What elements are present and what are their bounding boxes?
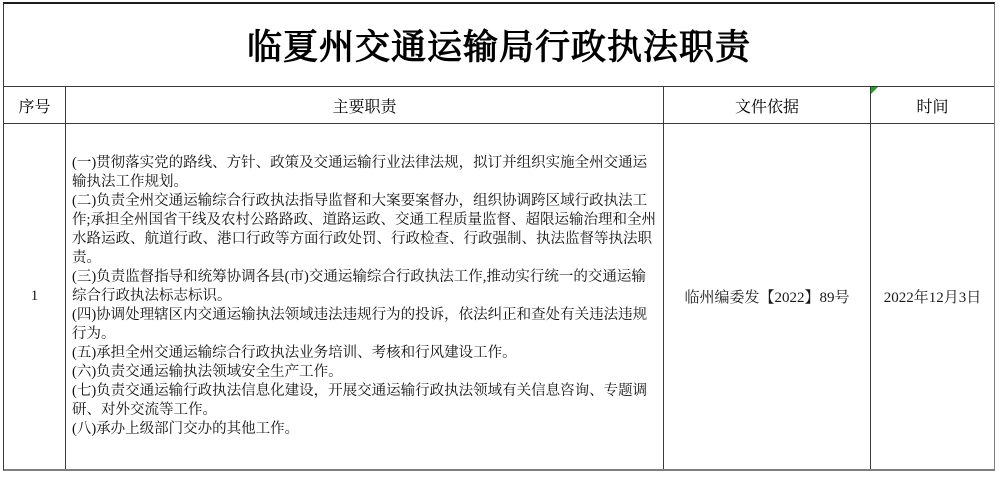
header-time: 时间: [871, 87, 994, 123]
header-duties: 主要职责: [66, 87, 664, 123]
duty-item-2: (二)负责全州交通运输综合行政执法指导监督和大案要案督办，组织协调跨区域行政执法…: [72, 192, 657, 268]
row-time-value: 2022年12月3日: [871, 124, 994, 469]
duty-item-8: (八)承办上级部门交办的其他工作。: [72, 420, 657, 439]
document-title: 临夏州交通运输局行政执法职责: [4, 4, 994, 86]
header-time-label: 时间: [916, 94, 948, 117]
duty-item-3: (三)负责监督指导和统筹协调各县(市)交通运输综合行政执法工作,推动实行统一的交…: [72, 268, 657, 306]
cell-flag-icon: [871, 87, 878, 94]
duty-item-1: (一)贯彻落实党的路线、方针、政策及交通运输行业法律法规，拟订并组织实施全州交通…: [72, 154, 657, 192]
row-index-value: 1: [4, 124, 66, 469]
table-row: 1 (一)贯彻落实党的路线、方针、政策及交通运输行业法律法规，拟订并组织实施全州…: [4, 123, 994, 469]
row-basis-value: 临州编委发【2022】89号: [664, 124, 871, 469]
header-index: 序号: [4, 87, 66, 123]
table-header-row: 序号 主要职责 文件依据 时间: [4, 86, 994, 123]
duty-item-5: (五)承担全州交通运输综合行政执法业务培训、考核和行风建设工作。: [72, 344, 657, 363]
duty-item-7: (七)负责交通运输行政执法信息化建设，开展交通运输行政执法领域有关信息咨询、专题…: [72, 382, 657, 420]
row-duties-cell: (一)贯彻落实党的路线、方针、政策及交通运输行业法律法规，拟订并组织实施全州交通…: [66, 124, 664, 469]
duty-item-6: (六)负责交通运输执法领域安全生产工作。: [72, 363, 657, 382]
responsibilities-table: 临夏州交通运输局行政执法职责 序号 主要职责 文件依据 时间 1 (一)贯彻落实…: [3, 2, 995, 471]
header-basis: 文件依据: [664, 87, 871, 123]
duty-item-4: (四)协调处理辖区内交通运输执法领域违法违规行为的投诉，依法纠正和查处有关违法违…: [72, 306, 657, 344]
